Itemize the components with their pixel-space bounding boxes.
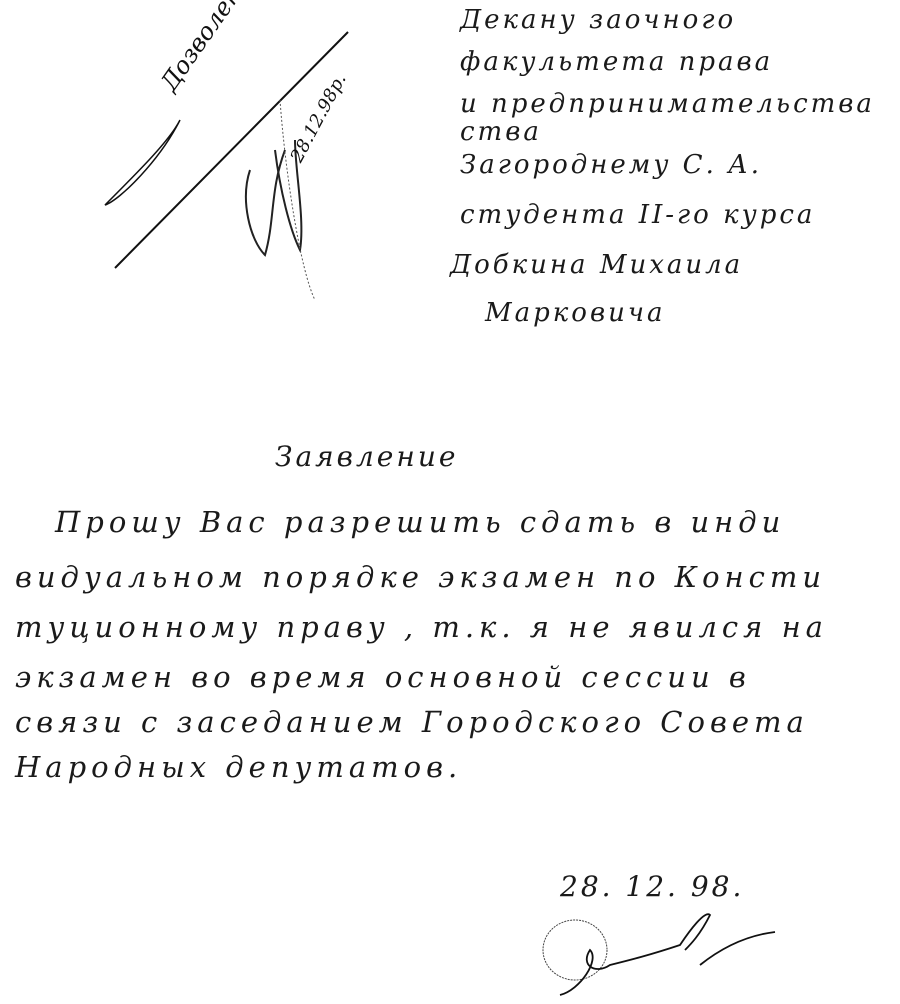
footer-date: 28. 12. 98. [560,870,744,903]
body-line: экзамен во время основной сессии в [15,660,751,694]
addressee-line: ства [460,117,542,147]
addressee-line: Добкина Михаила [450,250,743,280]
resolution-block: Дозволено 28.12.98р. [100,20,440,320]
addressee-line: Загороднему С. А. [460,150,762,180]
body-line: связи с заседанием Городского Совета [15,705,809,739]
addressee-line: студента II-го курса [460,200,815,230]
addressee-line: Марковича [485,298,666,328]
document-title: Заявление [275,440,458,473]
signature-icon [540,910,780,1000]
signature [540,910,780,1000]
body-line: видуальном порядке экзамен по Консти [15,560,826,594]
body-line: Народных депутатов. [15,750,462,784]
body-line: Прошу Вас разрешить сдать в инди [55,505,785,539]
body-line: туционному праву , т.к. я не явился на [15,610,828,644]
addressee-line: и предпринимательства [460,89,875,119]
resolution-strokes [100,20,440,320]
addressee-line: факультета права [460,47,773,77]
addressee-line: Декану заочного [460,5,736,35]
